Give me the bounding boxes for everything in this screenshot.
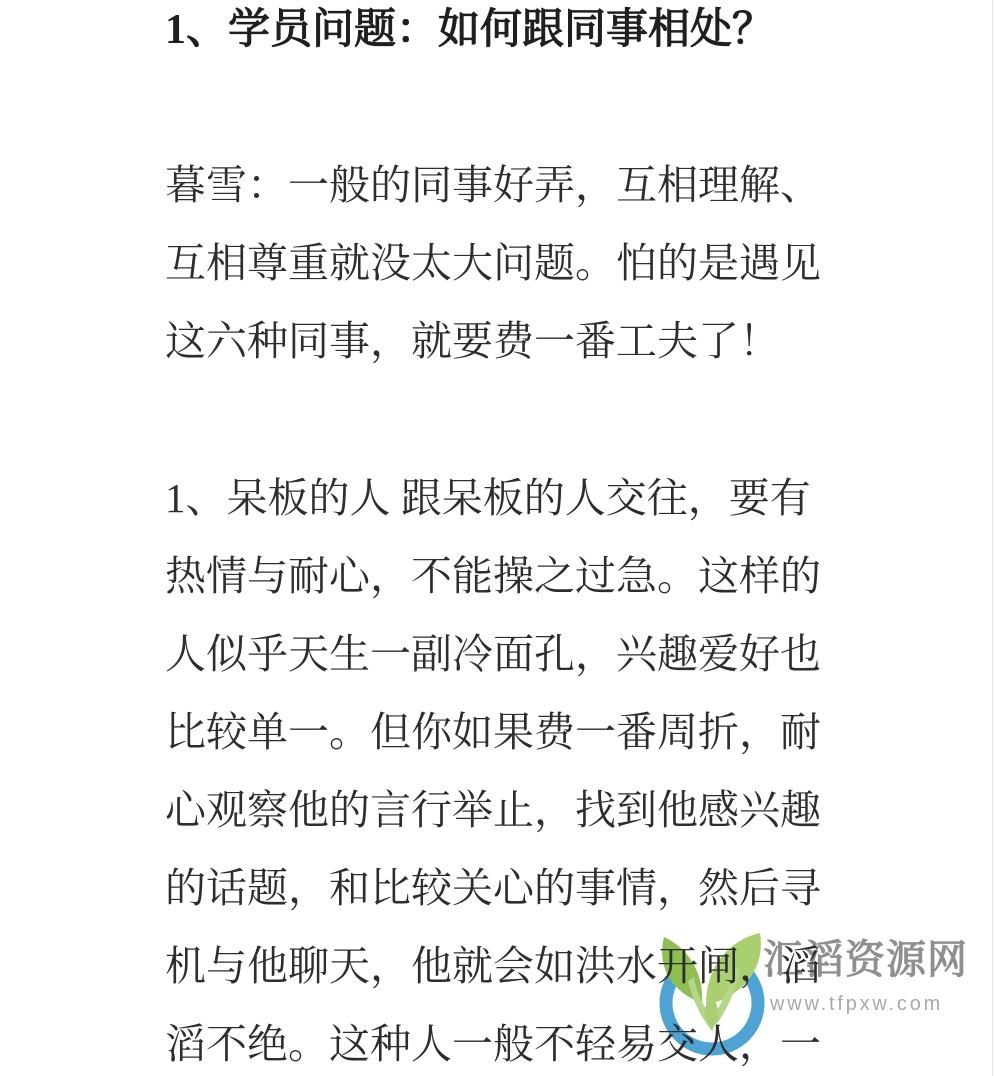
text-line: 的话题，和比较关心的事情，然后寻 — [165, 849, 885, 927]
text-line: 比较单一。但你如果费一番周折，耐 — [165, 693, 885, 771]
paragraph: 1、呆板的人 跟呆板的人交往，要有 热情与耐心，不能操之过急。这样的 人似乎天生… — [165, 459, 885, 1076]
document-content: 1、学员问题：如何跟同事相处？ 暮雪：一般的同事好弄，互相理解、 互相尊重就没太… — [165, 0, 885, 1076]
page-title: 1、学员问题：如何跟同事相处？ — [165, 0, 885, 60]
paragraph: 暮雪：一般的同事好弄，互相理解、 互相尊重就没太大问题。怕的是遇见 这六种同事，… — [165, 146, 885, 380]
document-page: 汇滔资源网 www.tfpxw.com 1、学员问题：如何跟同事相处？ 暮雪：一… — [0, 0, 996, 1076]
text-line: 心观察他的言行举止，找到他感兴趣 — [165, 771, 885, 849]
text-line: 互相尊重就没太大问题。怕的是遇见 — [165, 224, 885, 302]
page-right-border — [992, 0, 993, 1076]
text-line: 机与他聊天，他就会如洪水开闸，滔 — [165, 927, 885, 1005]
text-line: 滔不绝。这种人一般不轻易交人，一 — [165, 1005, 885, 1076]
text-line: 人似乎天生一副冷面孔，兴趣爱好也 — [165, 615, 885, 693]
text-line: 1、呆板的人 跟呆板的人交往，要有 — [165, 459, 885, 537]
text-line: 这六种同事，就要费一番工夫了！ — [165, 302, 885, 380]
text-line: 暮雪：一般的同事好弄，互相理解、 — [165, 146, 885, 224]
text-line: 热情与耐心，不能操之过急。这样的 — [165, 537, 885, 615]
